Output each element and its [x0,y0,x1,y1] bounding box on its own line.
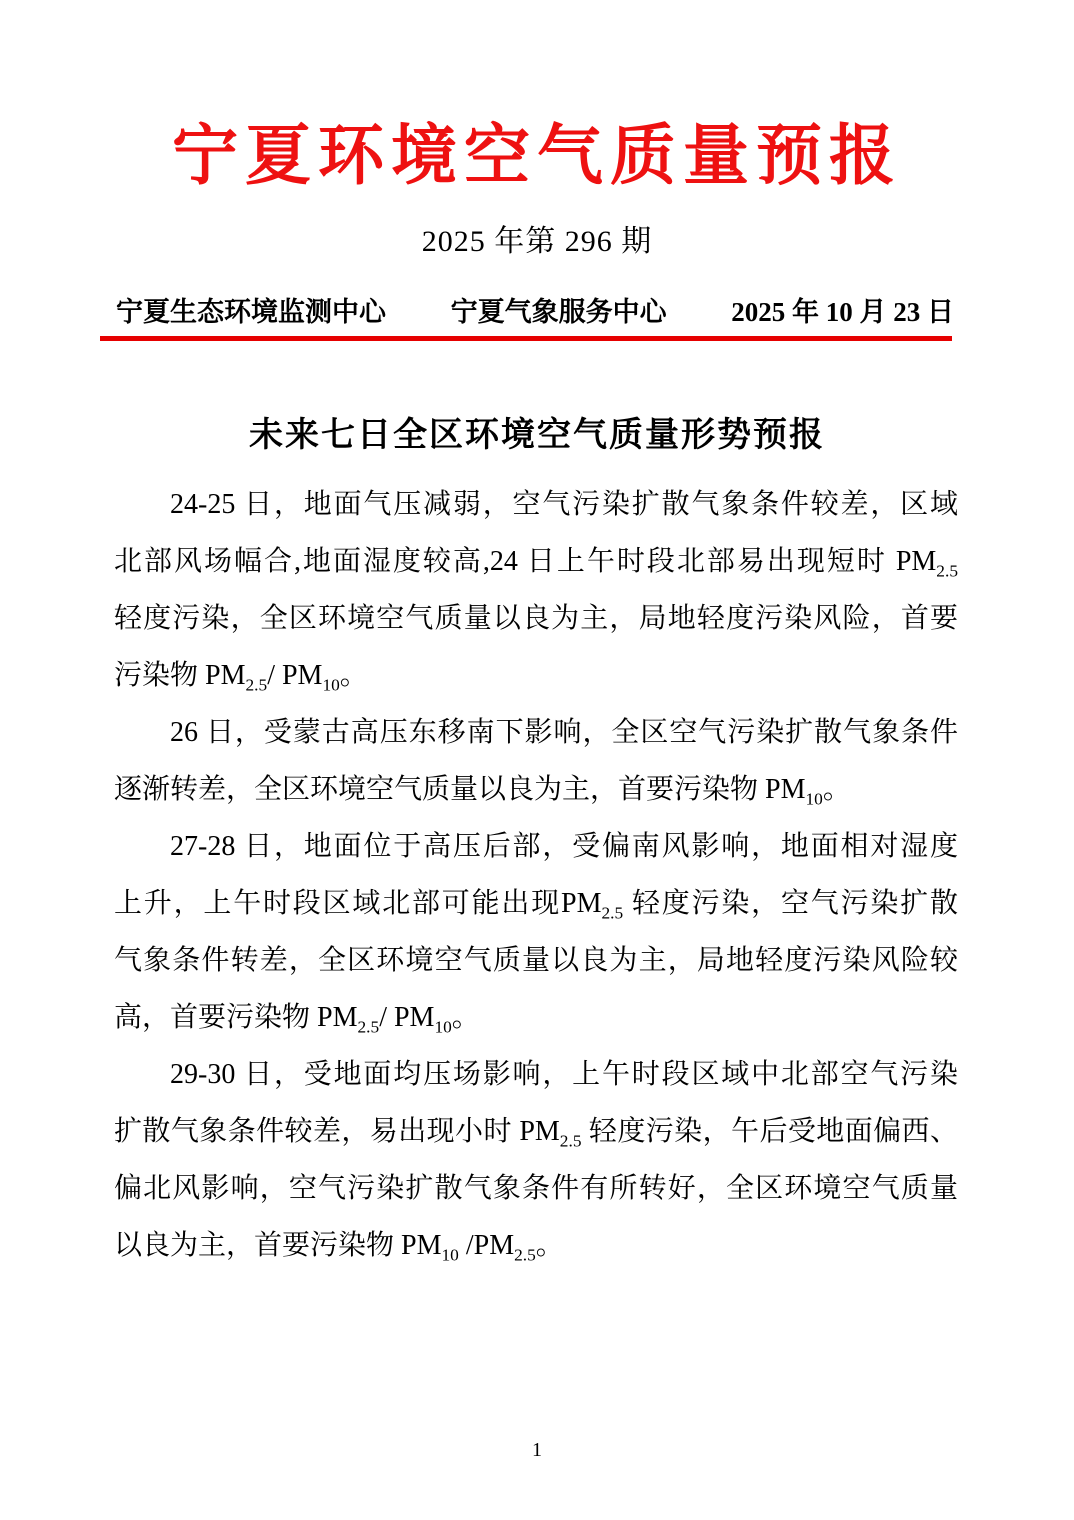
document-title: 宁夏环境空气质量预报 [0,120,1074,194]
masthead-date: 2025 年 10 月 23 日 [731,290,954,329]
text-line: 扩散气象条件较差，易出现小时 PM2.5 轻度污染，午后受地面偏西、 [114,1103,958,1160]
text-line: 轻度污染，全区环境空气质量以良为主，局地轻度污染风险，首要 [114,590,958,647]
text-line: 偏北风影响，空气污染扩散气象条件有所转好，全区环境空气质量 [114,1160,958,1217]
text-line: 高，首要污染物 PM2.5/ PM10。 [114,989,958,1046]
masthead-left-org: 宁夏生态环境监测中心 [116,290,386,329]
text-line: 上升，上午时段区域北部可能出现PM2.5 轻度污染，空气污染扩散 [114,875,958,932]
document-page: 宁夏环境空气质量预报 2025 年第 296 期 宁夏生态环境监测中心 宁夏气象… [0,0,1074,1520]
text-line: 27-28 日，地面位于高压后部，受偏南风影响，地面相对湿度 [114,818,958,875]
text-line: 逐渐转差，全区环境空气质量以良为主，首要污染物 PM10。 [114,761,958,818]
body-paragraph: 26 日，受蒙古高压东移南下影响，全区空气污染扩散气象条件逐渐转差，全区环境空气… [114,704,958,818]
header-rule [100,336,952,341]
text-line: 24-25 日，地面气压减弱，空气污染扩散气象条件较差，区域 [114,476,958,533]
text-line: 污染物 PM2.5/ PM10。 [114,647,958,704]
issue-number: 2025 年第 296 期 [0,216,1074,260]
section-heading: 未来七日全区环境空气质量形势预报 [0,407,1074,456]
body-paragraph: 29-30 日，受地面均压场影响，上午时段区域中北部空气污染扩散气象条件较差，易… [114,1046,958,1274]
masthead-center-org: 宁夏气象服务中心 [451,290,667,329]
masthead-row: 宁夏生态环境监测中心 宁夏气象服务中心 2025 年 10 月 23 日 [116,290,954,329]
page-number: 1 [0,1439,1074,1462]
text-line: 29-30 日，受地面均压场影响，上午时段区域中北部空气污染 [114,1046,958,1103]
document-body: 24-25 日，地面气压减弱，空气污染扩散气象条件较差，区域北部风场幅合,地面湿… [114,476,958,1274]
body-paragraph: 27-28 日，地面位于高压后部，受偏南风影响，地面相对湿度上升，上午时段区域北… [114,818,958,1046]
text-line: 以良为主，首要污染物 PM10 /PM2.5。 [114,1217,958,1274]
text-line: 北部风场幅合,地面湿度较高,24 日上午时段北部易出现短时 PM2.5 [114,533,958,590]
body-paragraph: 24-25 日，地面气压减弱，空气污染扩散气象条件较差，区域北部风场幅合,地面湿… [114,476,958,704]
text-line: 26 日，受蒙古高压东移南下影响，全区空气污染扩散气象条件 [114,704,958,761]
text-line: 气象条件转差，全区环境空气质量以良为主，局地轻度污染风险较 [114,932,958,989]
